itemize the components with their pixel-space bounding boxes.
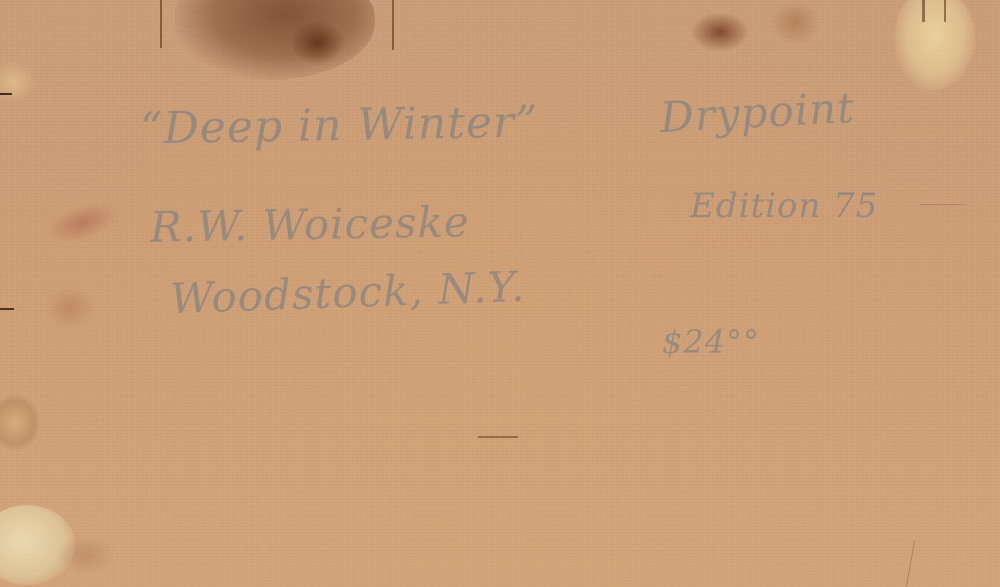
scratch-mark-left (45, 285, 95, 330)
pale-stain-top (770, 0, 820, 45)
tack-mark (0, 308, 14, 310)
edge-nick (392, 0, 394, 50)
pencil-underline (920, 204, 965, 205)
edge-nick (160, 0, 162, 48)
print-medium: Drypoint (659, 83, 856, 142)
dark-stain-spot (290, 20, 345, 65)
aged-board: “Deep in Winter” R.W. Woiceske Woodstock… (0, 0, 1000, 587)
edge-nick (922, 0, 925, 22)
scratch-mark-bottom (55, 535, 115, 575)
artwork-title: “Deep in Winter” (140, 97, 539, 155)
rust-stain-top (690, 12, 750, 52)
edge-nick (944, 0, 946, 22)
price: $24°° (662, 323, 760, 361)
edition-size: Edition 75 (690, 186, 878, 226)
artist-name: R.W. Woiceske (150, 197, 471, 252)
tack-mark (0, 93, 12, 95)
pencil-dash-mark (478, 436, 518, 438)
